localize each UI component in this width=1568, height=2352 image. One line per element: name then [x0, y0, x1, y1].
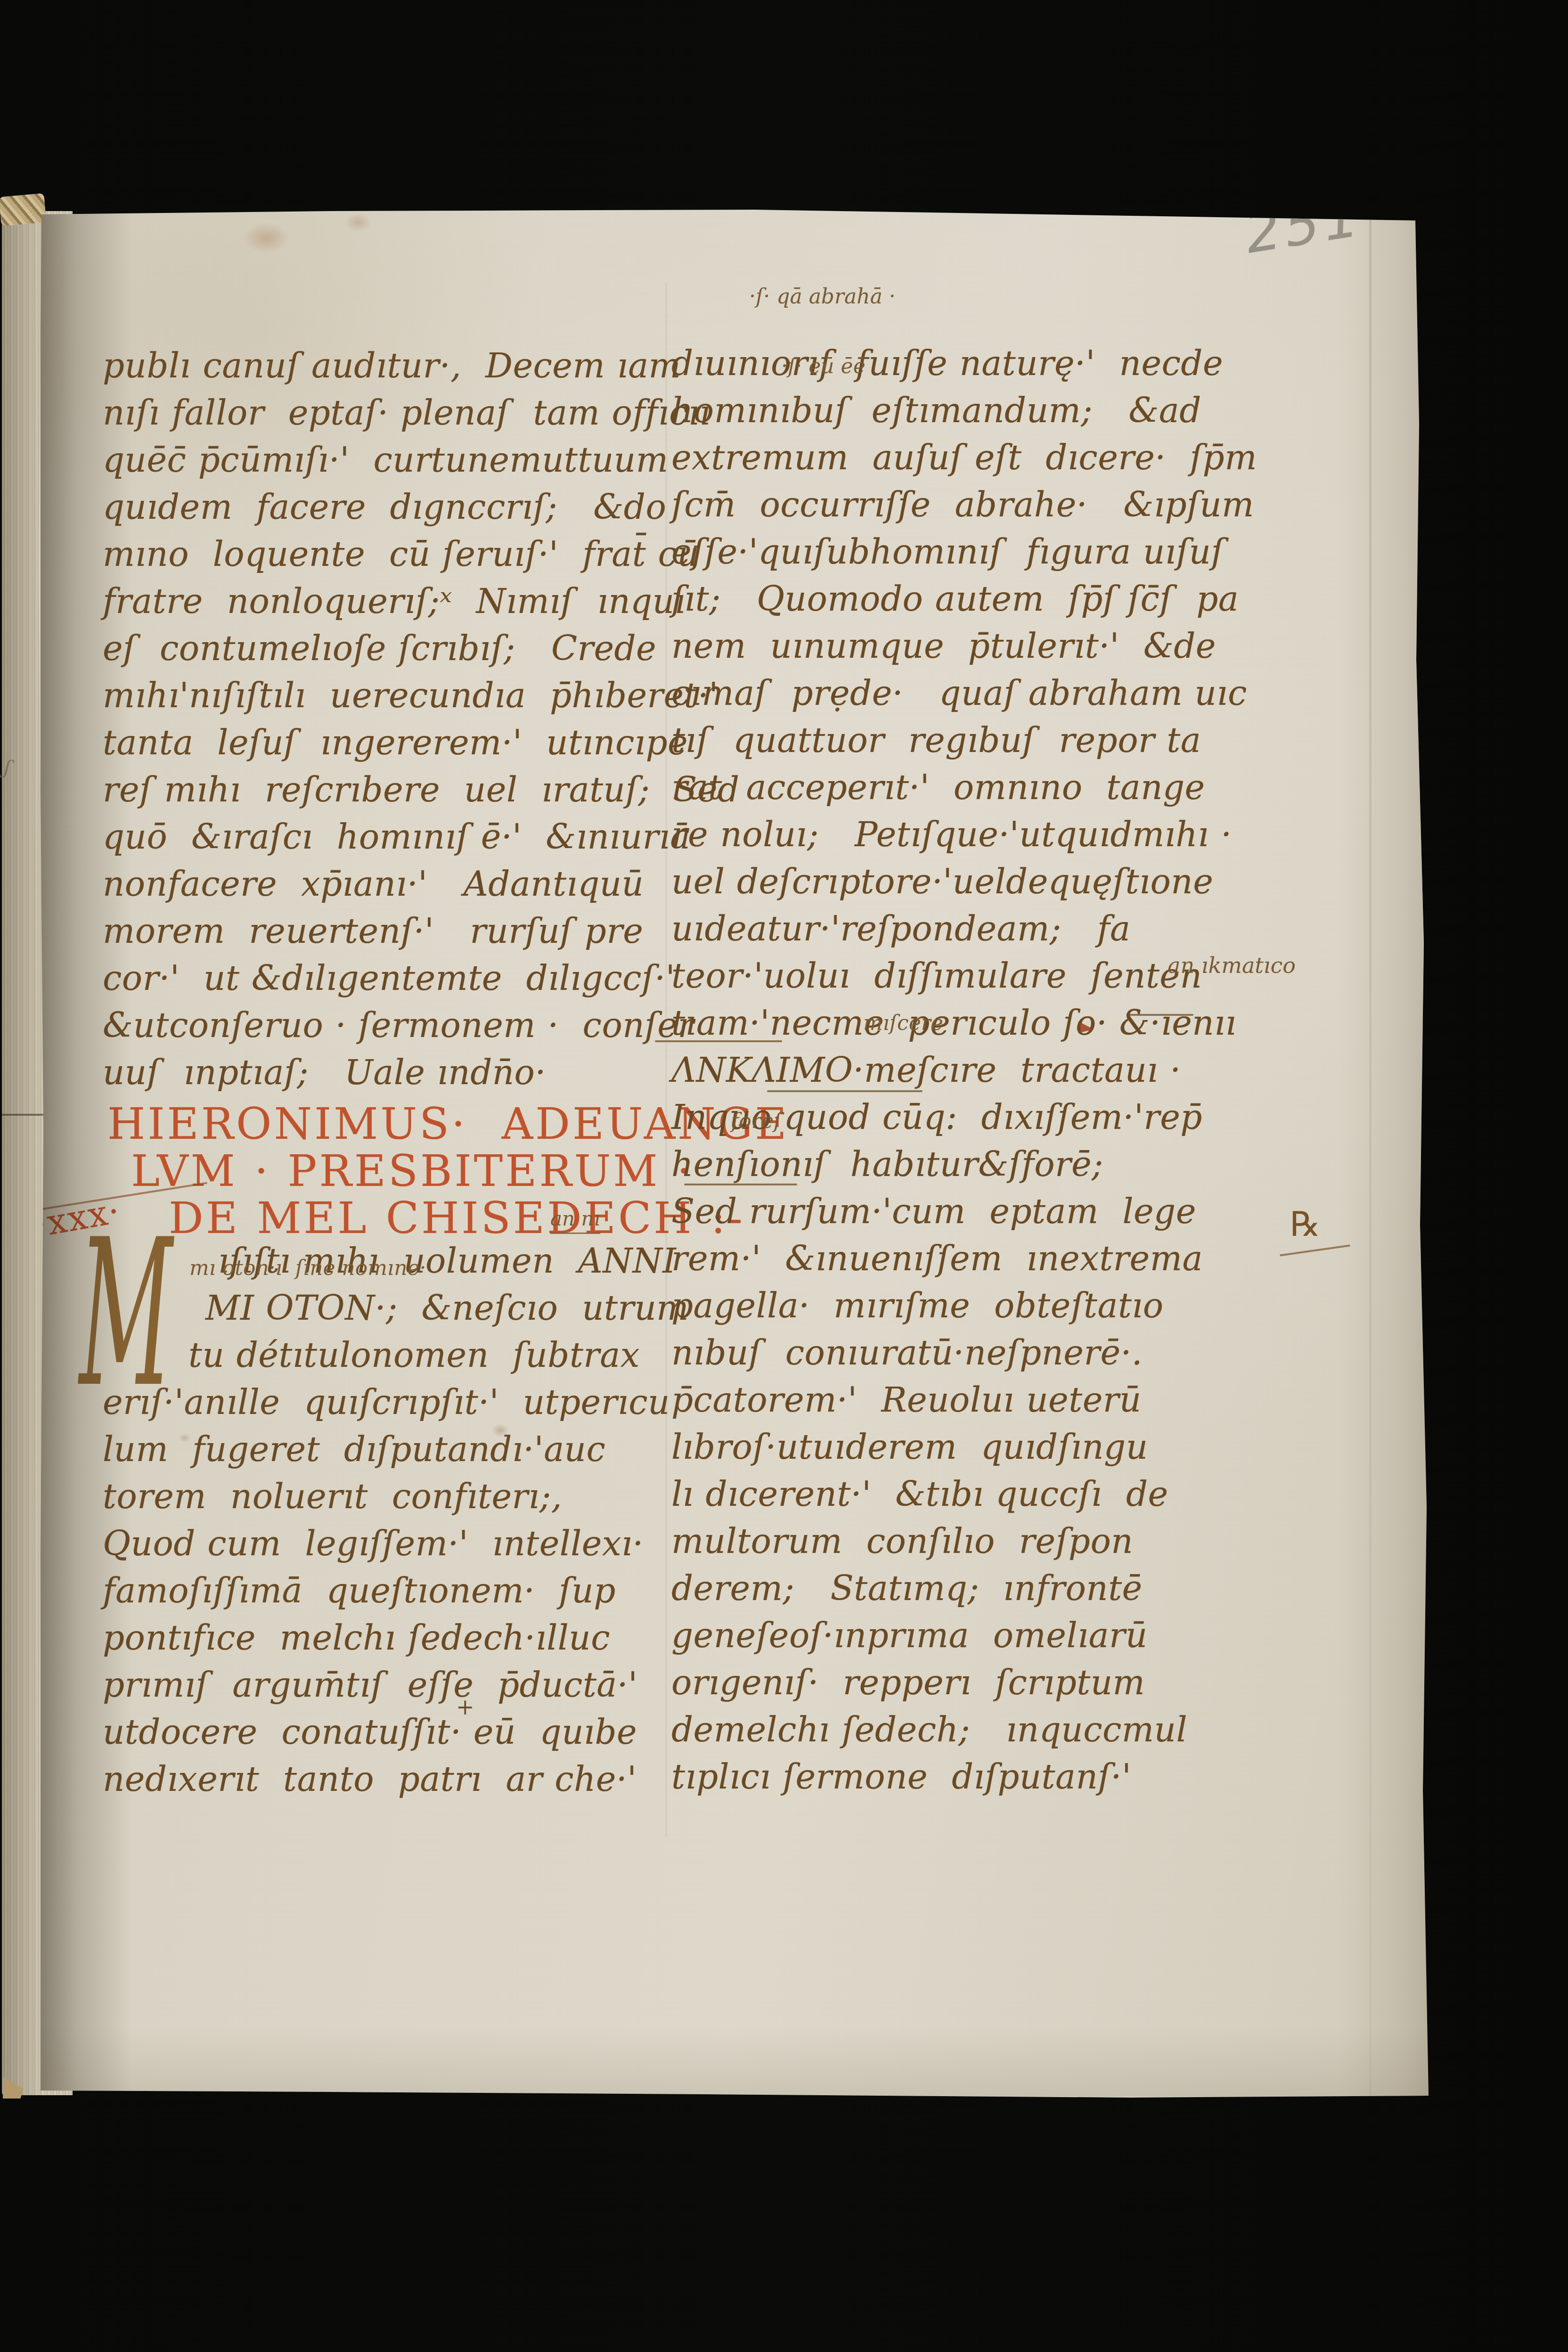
photo-stage: ʃ 251 publı canuſ audıtur·, Decem ıamnıſ…	[0, 0, 1568, 2352]
require-sign: ℞	[1290, 1207, 1321, 1241]
manuscript-text-line: p̄catorem·' Reuoluı ueterū	[671, 1383, 1142, 1417]
manuscript-text-line: tıſ quattuor regıbuſ repor ta	[671, 723, 1201, 757]
interlinear-gloss-fores: foreſ	[731, 1111, 781, 1132]
manuscript-text-line: tanta leſuſ ıngererem·' utıncıpe	[103, 726, 688, 759]
manuscript-text-line: fratre nonloquerıſ;ˣ Nımıſ ınquı	[103, 584, 686, 618]
manuscript-text-line: lı dıcerent·' &tıbı quccſı de	[671, 1477, 1168, 1511]
insertion-arrow-mark	[1079, 1022, 1094, 1034]
manuscript-text-line: mıhı'nıſıſtılı uerecundıa p̄hıberet·'	[103, 678, 719, 712]
parchment-crease	[1369, 217, 1372, 2097]
manuscript-text-line: nedıxerıt tanto patrı ar che·'	[103, 1762, 637, 1796]
bottom-edge-shading	[41, 2026, 1429, 2097]
manuscript-text-line: famoſıſſımā queſtıonem· ſup	[103, 1574, 616, 1608]
underline-mark	[767, 1090, 923, 1092]
manuscript-text-line: extremum auſuſ eſt dıcere· ſp̄m	[671, 441, 1257, 474]
manuscript-text-line: geneſeoſ·ınprıma omelıarū	[671, 1618, 1148, 1652]
manuscript-text-line: utdocere conatuſſıt· eū quıbe	[103, 1715, 637, 1749]
underline-mark	[1130, 1014, 1193, 1016]
decorated-initial: M	[79, 1223, 172, 1405]
manuscript-text-line: orıgenıſ· repperı ſcrıptum	[671, 1666, 1145, 1699]
manuscript-text-line: teor·'uoluı dıſſımulare ſenten	[671, 959, 1202, 993]
manuscript-text-line: derem; Statımq; ınfrontē	[671, 1571, 1143, 1605]
rubric-line: DE MEL CHISEDECH :-	[169, 1197, 745, 1240]
manuscript-text-line: pontıfıce melchı ſedech·ılluc	[103, 1621, 610, 1655]
manuscript-text-line: MI OTON·; &neſcıo utrum	[205, 1291, 689, 1325]
manuscript-text-line: pagella· mırıſme obteſtatıo	[671, 1289, 1164, 1323]
manuscript-text-line: &utconſeruo · ſermonem · conſer	[103, 1008, 694, 1042]
margin-gloss-enigmatico: an ıkmatıco	[1168, 955, 1296, 976]
manuscript-text-line: tu détıtulonomen ſubtrax	[188, 1338, 640, 1372]
manuscript-text-line: cımaſ prẹde· quaſ abraham uıc	[671, 676, 1247, 710]
manuscript-text-line: prımıſ argum̄tıſ eſſe p̄ductā·'	[103, 1668, 637, 1702]
underline-mark	[655, 1040, 782, 1042]
manuscript-text-line: demelchı ſedech; ınquccmul	[671, 1713, 1187, 1747]
manuscript-text-line: quō &ıraſcı homınıſ ē·' &ınıurıā	[103, 820, 691, 854]
interlinear-gloss-mioton: mı oton·ı· ſıne nomıne·	[189, 1258, 426, 1279]
rubric-line: LVM · PRESBITERUM ·	[131, 1150, 693, 1193]
manuscript-text-line: Quod cum legıſſem·' ıntellexı·	[103, 1527, 644, 1560]
manuscript-text-line: nonfacere xp̄ıanı·' Adantıquū	[103, 867, 644, 901]
manuscript-text-line: lıbroſ·utuıderem quıdſıngu	[671, 1430, 1148, 1464]
manuscript-text-line: homınıbuſ eſtımandum; &ad	[671, 393, 1201, 427]
manuscript-text-line: eſſe·'quıſubhomınıſ fıgura uıſuſ	[671, 535, 1224, 569]
manuscript-text-line: dıuınıorıſ fuıſſe naturę·' necde	[671, 346, 1223, 380]
manuscript-text-line: re noluı; Petıſque·'utquıdmıhı ·	[671, 817, 1232, 851]
manuscript-text-line: Sed rurſum·'cum eptam lege	[671, 1194, 1196, 1228]
manuscript-text-line: torem noluerıt confıterı;,	[103, 1479, 562, 1513]
manuscript-text-line: tıam·'necme perıculo ſo· &·ıenıı	[671, 1006, 1236, 1040]
manuscript-page[interactable]: 251 publı canuſ audıtur·, Decem ıamnıſı …	[0, 0, 1568, 2352]
manuscript-text-line: mıno loquente cū ſeruıſ·' frat̄ cū	[103, 537, 699, 571]
caret-mark: +	[456, 1696, 474, 1718]
manuscript-text-line: uel deſcrıptore·'ueldequęſtıone	[671, 865, 1213, 898]
interlinear-gloss-miscere: mıſcere	[863, 1013, 943, 1034]
manuscript-text-line: quıdem facere dıgnccrıſ; &do	[103, 490, 666, 524]
interlinear-gloss-eum-esse: ·ſ· eū ēē	[781, 356, 866, 377]
interlinear-gloss-abraham: ·ſ· qā abrahā ·	[749, 286, 896, 307]
manuscript-text-line: erıſ·'anılle quıſcrıpſıt·' utperıcu	[103, 1385, 670, 1419]
manuscript-text-line: nem uınumque p̄tulerıt·' &de	[671, 629, 1216, 663]
folio-number: 251	[1241, 188, 1366, 261]
manuscript-text-line: ſcm̄ occurrıſſe abrahe· &ıpſum	[671, 488, 1254, 522]
manuscript-text-line: eſ contumelıoſe ſcrıbıſ; Crede	[103, 631, 656, 665]
manuscript-text-line: henſıonıſ habıtur&ſforē;	[671, 1147, 1103, 1181]
underline-mark	[684, 1184, 797, 1185]
manuscript-text-line: rat acceperıt·' omnıno tange	[671, 770, 1205, 804]
manuscript-text-line: rem·' &ınuenıſſem ınextrema	[671, 1241, 1203, 1275]
interlinear-gloss-anni: an nı	[550, 1209, 600, 1234]
underline-mark	[1280, 1245, 1350, 1257]
manuscript-text-line: uuſ ınptıaſ; Uale ındn̄o·	[103, 1055, 546, 1089]
manuscript-text-line: publı canuſ audıtur·, Decem ıam	[103, 349, 681, 383]
manuscript-text-line: tıplıcı ſermone dıſputanſ·'	[671, 1760, 1131, 1794]
manuscript-text-line: reſ mıhı reſcrıbere uel ıratuſ; Sed	[103, 773, 740, 807]
manuscript-text-line: ΛNKΛIMO·meſcıre tractauı ·	[671, 1053, 1181, 1087]
manuscript-text-line: ſıt; Quomodo autem ſp̄ſ ſc̄ſ pa	[671, 582, 1239, 616]
manuscript-text-line: nıbuſ conıuratū·neſpnerē·.	[671, 1336, 1143, 1370]
manuscript-text-line: multorum conſılıo reſpon	[671, 1524, 1133, 1558]
manuscript-text-line: quēc̄ p̄cūmıſı·' curtunemuttuum	[103, 443, 668, 477]
manuscript-text-line: cor·' ut &dılıgentemte dılıgccſ·'	[103, 961, 675, 995]
manuscript-text-line: uıdeatur·'reſpondeam; fa	[671, 912, 1130, 946]
manuscript-text-line: lum fugeret dıſputandı·'auc	[103, 1432, 605, 1466]
right-edge-shading	[1338, 214, 1430, 2099]
headband-stitching	[0, 193, 47, 226]
manuscript-text-line: nıſı fallor eptaſ· plenaſ tam offıcıı	[103, 396, 710, 430]
manuscript-text-line: morem reuertenſ·' rurſuſ pre	[103, 914, 643, 948]
